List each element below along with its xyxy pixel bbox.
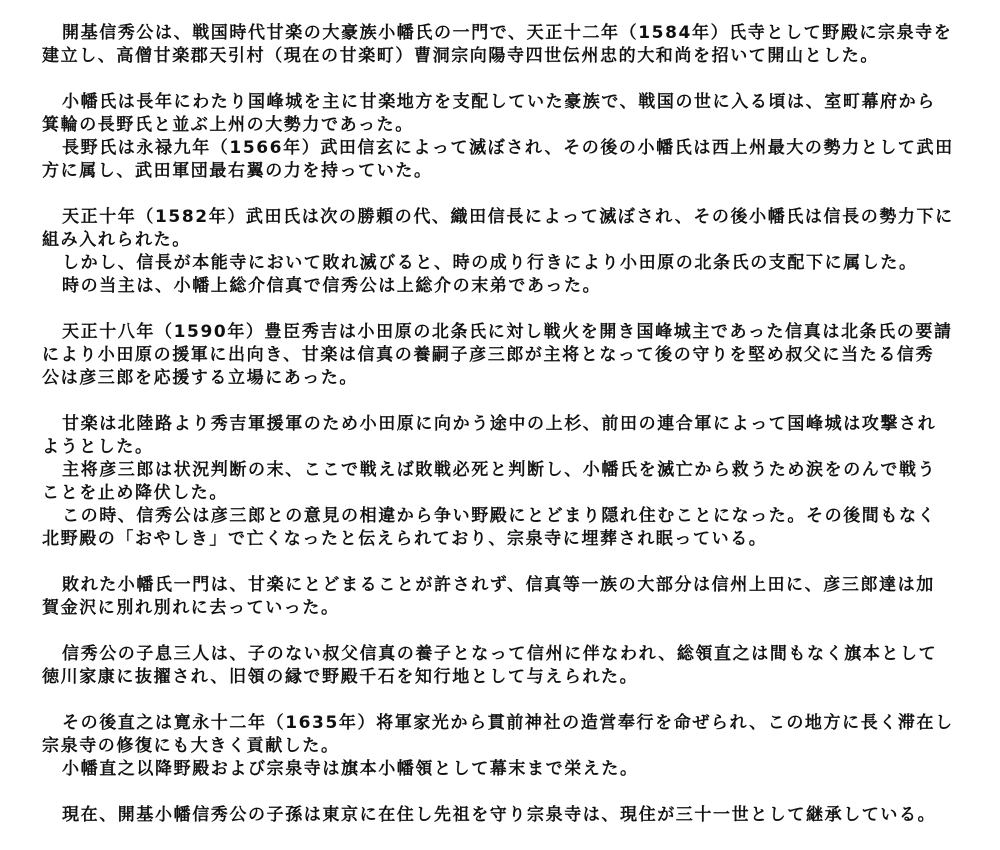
text-line: 長野氏は永禄九年（1566年）武田信玄によって滅ぼされ、その後の小幡氏は西上州最… bbox=[42, 137, 954, 160]
paragraph-odawara-campaign: 天正十八年（1590年）豊臣秀吉は小田原の北条氏に対し戦火を開き国峰城主であった… bbox=[42, 321, 954, 390]
paragraph-kunimine-siege: 甘楽は北陸路より秀吉軍援軍のため小田原に向かう途中の上杉、前田の連合軍によって国… bbox=[42, 413, 954, 551]
text-line: 賀金沢に別れ別れに去っていった。 bbox=[42, 597, 954, 620]
paragraph-sons: 信秀公の子息三人は、子のない叔父信真の養子となって信州に伴なわれ、総領直之は間も… bbox=[42, 643, 954, 689]
text-line: 宗泉寺の修復にも大きく貢献した。 bbox=[42, 735, 954, 758]
text-line: 天正十年（1582年）武田氏は次の勝頼の代、織田信長によって滅ぼされ、その後小幡… bbox=[42, 206, 954, 229]
text-line: 開基信秀公は、戦国時代甘楽の大豪族小幡氏の一門で、天正十二年（1584年）氏寺と… bbox=[42, 22, 954, 45]
text-line: 時の当主は、小幡上総介信真で信秀公は上総介の末弟であった。 bbox=[42, 275, 954, 298]
text-line: 公は彦三郎を応援する立場にあった。 bbox=[42, 367, 954, 390]
text-line: ようとした。 bbox=[42, 436, 954, 459]
text-line: により小田原の援軍に出向き、甘楽は信真の養嗣子彦三郎が主将となって後の守りを堅め… bbox=[42, 344, 954, 367]
text-line: その後直之は寛永十二年（1635年）将軍家光から貫前神社の造営奉行を命ぜられ、こ… bbox=[42, 712, 954, 735]
text-line: 箕輪の長野氏と並ぶ上州の大勢力であった。 bbox=[42, 114, 954, 137]
paragraph-clan-dispersal: 敗れた小幡氏一門は、甘楽にとどまることが許されず、信真等一族の大部分は信州上田に… bbox=[42, 574, 954, 620]
text-line: 組み入れられた。 bbox=[42, 229, 954, 252]
text-line: 甘楽は北陸路より秀吉軍援軍のため小田原に向かう途中の上杉、前田の連合軍によって国… bbox=[42, 413, 954, 436]
text-line: 建立し、高僧甘楽郡天引村（現在の甘楽町）曹洞宗向陽寺四世伝州忠的大和尚を招いて開… bbox=[42, 45, 954, 68]
paragraph-present-day: 現在、開基小幡信秀公の子孫は東京に在住し先祖を守り宗泉寺は、現住が三十一世として… bbox=[42, 804, 954, 827]
text-line: 北野殿の「おやしき」で亡くなったと伝えられており、宗泉寺に埋葬され眠っている。 bbox=[42, 528, 954, 551]
text-line: 徳川家康に抜擢され、旧領の縁で野殿千石を知行地として与えられた。 bbox=[42, 666, 954, 689]
paragraph-naoyuki: その後直之は寛永十二年（1635年）将軍家光から貫前神社の造営奉行を命ぜられ、こ… bbox=[42, 712, 954, 781]
paragraph-obata-clan: 小幡氏は長年にわたり国峰城を主に甘楽地方を支配していた豪族で、戦国の世に入る頃は… bbox=[42, 91, 954, 183]
text-line: 現在、開基小幡信秀公の子孫は東京に在住し先祖を守り宗泉寺は、現住が三十一世として… bbox=[42, 804, 954, 827]
text-line: 敗れた小幡氏一門は、甘楽にとどまることが許されず、信真等一族の大部分は信州上田に… bbox=[42, 574, 954, 597]
document-body: 開基信秀公は、戦国時代甘楽の大豪族小幡氏の一門で、天正十二年（1584年）氏寺と… bbox=[42, 22, 954, 850]
text-line: しかし、信長が本能寺において敗れ滅びると、時の成り行きにより小田原の北条氏の支配… bbox=[42, 252, 954, 275]
text-line: ことを止め降伏した。 bbox=[42, 482, 954, 505]
text-line: 信秀公の子息三人は、子のない叔父信真の養子となって信州に伴なわれ、総領直之は間も… bbox=[42, 643, 954, 666]
text-line: 小幡氏は長年にわたり国峰城を主に甘楽地方を支配していた豪族で、戦国の世に入る頃は… bbox=[42, 91, 954, 114]
text-line: 天正十八年（1590年）豊臣秀吉は小田原の北条氏に対し戦火を開き国峰城主であった… bbox=[42, 321, 954, 344]
paragraph-takeda-fall: 天正十年（1582年）武田氏は次の勝頼の代、織田信長によって滅ぼされ、その後小幡… bbox=[42, 206, 954, 298]
text-line: 小幡直之以降野殿および宗泉寺は旗本小幡領として幕末まで栄えた。 bbox=[42, 758, 954, 781]
paragraph-founding: 開基信秀公は、戦国時代甘楽の大豪族小幡氏の一門で、天正十二年（1584年）氏寺と… bbox=[42, 22, 954, 68]
text-line: 主将彦三郎は状況判断の末、ここで戦えば敗戦必死と判断し、小幡氏を滅亡から救うため… bbox=[42, 459, 954, 482]
text-line: この時、信秀公は彦三郎との意見の相違から争い野殿にとどまり隠れ住むことになった。… bbox=[42, 505, 954, 528]
text-line: 方に属し、武田軍団最右翼の力を持っていた。 bbox=[42, 160, 954, 183]
